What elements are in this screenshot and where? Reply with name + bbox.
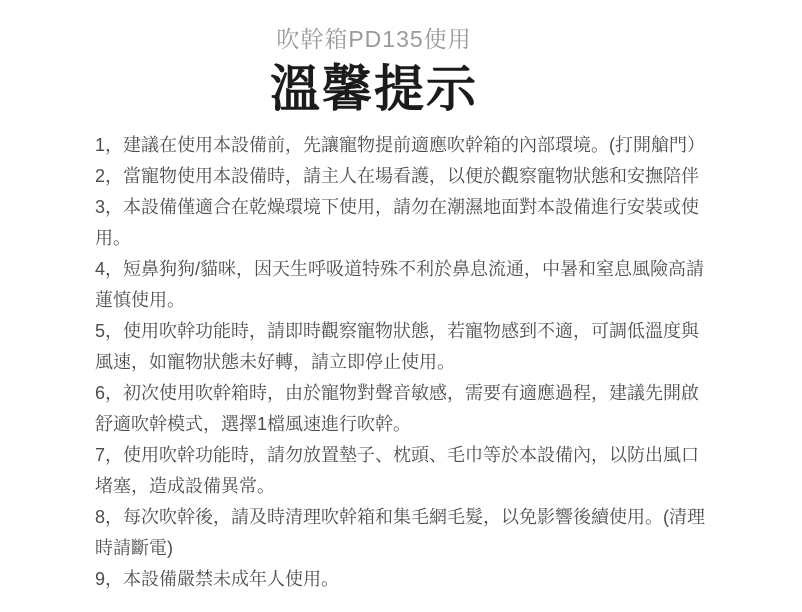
notice-item: 2，當寵物使用本設備時，請主人在場看護，以便於觀察寵物狀態和安撫陪伴 <box>95 161 715 192</box>
page-subtitle: 吹幹箱PD135使用 <box>0 0 748 54</box>
notice-item: 3，本設備僅適合在乾燥環境下使用，請勿在潮濕地面對本設備進行安裝或使用。 <box>95 192 715 254</box>
page-header: 吹幹箱PD135使用 溫馨提示 <box>0 0 748 116</box>
notice-item: 6，初次使用吹幹箱時，由於寵物對聲音敏感，需要有適應過程，建議先開啟舒適吹幹模式… <box>95 378 715 440</box>
instruction-page: 吹幹箱PD135使用 溫馨提示 1，建議在使用本設備前，先讓寵物提前適應吹幹箱的… <box>0 0 802 612</box>
notice-item: 7，使用吹幹功能時，請勿放置墊子、枕頭、毛巾等於本設備內，以防出風口堵塞，造成設… <box>95 440 715 502</box>
notice-list: 1，建議在使用本設備前，先讓寵物提前適應吹幹箱的內部環境。(打開艙門） 2，當寵… <box>95 130 715 595</box>
page-title: 溫馨提示 <box>0 63 748 116</box>
notice-item: 4，短鼻狗狗/貓咪，因天生呼吸道特殊不利於鼻息流通，中暑和窒息風險高請蓮慎使用。 <box>95 254 715 316</box>
notice-item: 5，使用吹幹功能時，請即時觀察寵物狀態，若寵物感到不適，可調低溫度與風速，如寵物… <box>95 316 715 378</box>
notice-item: 8，每次吹幹後，請及時清理吹幹箱和集毛網毛髮，以免影響後續使用。(清理時請斷電) <box>95 502 715 564</box>
notice-item: 9，本設備嚴禁未成年人使用。 <box>95 564 715 595</box>
notice-item: 1，建議在使用本設備前，先讓寵物提前適應吹幹箱的內部環境。(打開艙門） <box>95 130 715 161</box>
